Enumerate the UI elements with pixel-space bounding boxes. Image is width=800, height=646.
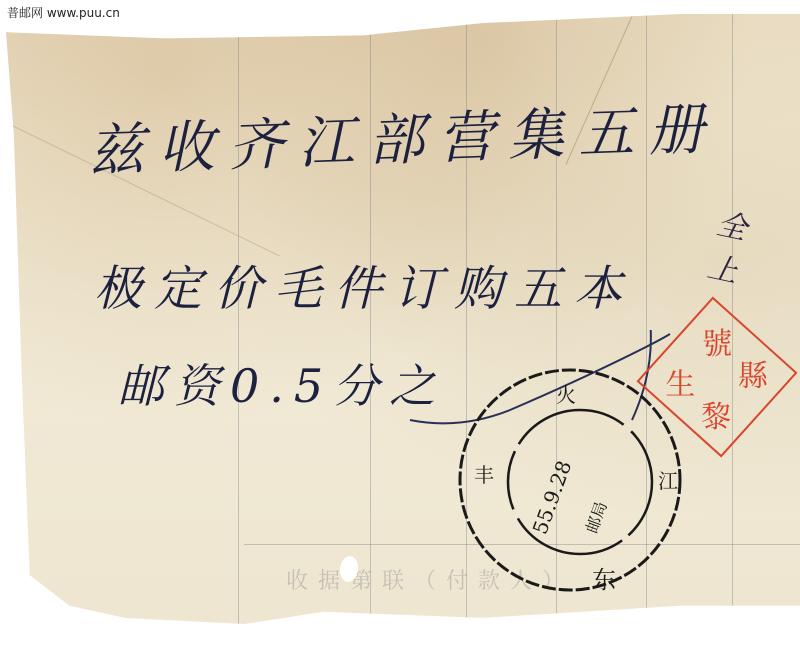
postmark-office: 邮局 [582,499,611,536]
watermark: 普邮网 www.puu.cn [5,4,122,21]
postmark: 火 丰 江 东 55.9.28 邮局 [452,362,688,598]
seal-char: 縣 [729,351,777,395]
handwriting-line-3: 邮资0.5分之 [118,350,445,416]
postmark-date: 55.9.28 [528,457,577,537]
postmark-top-text: 火 [556,383,576,407]
postmark-bottom-text: 东 [592,566,616,594]
postmark-right-text: 江 [658,469,678,493]
handwriting-line-2: 极定价毛件订购五本 [94,250,634,319]
seal-char: 黎 [692,391,740,435]
postmark-left-text: 丰 [474,463,494,487]
